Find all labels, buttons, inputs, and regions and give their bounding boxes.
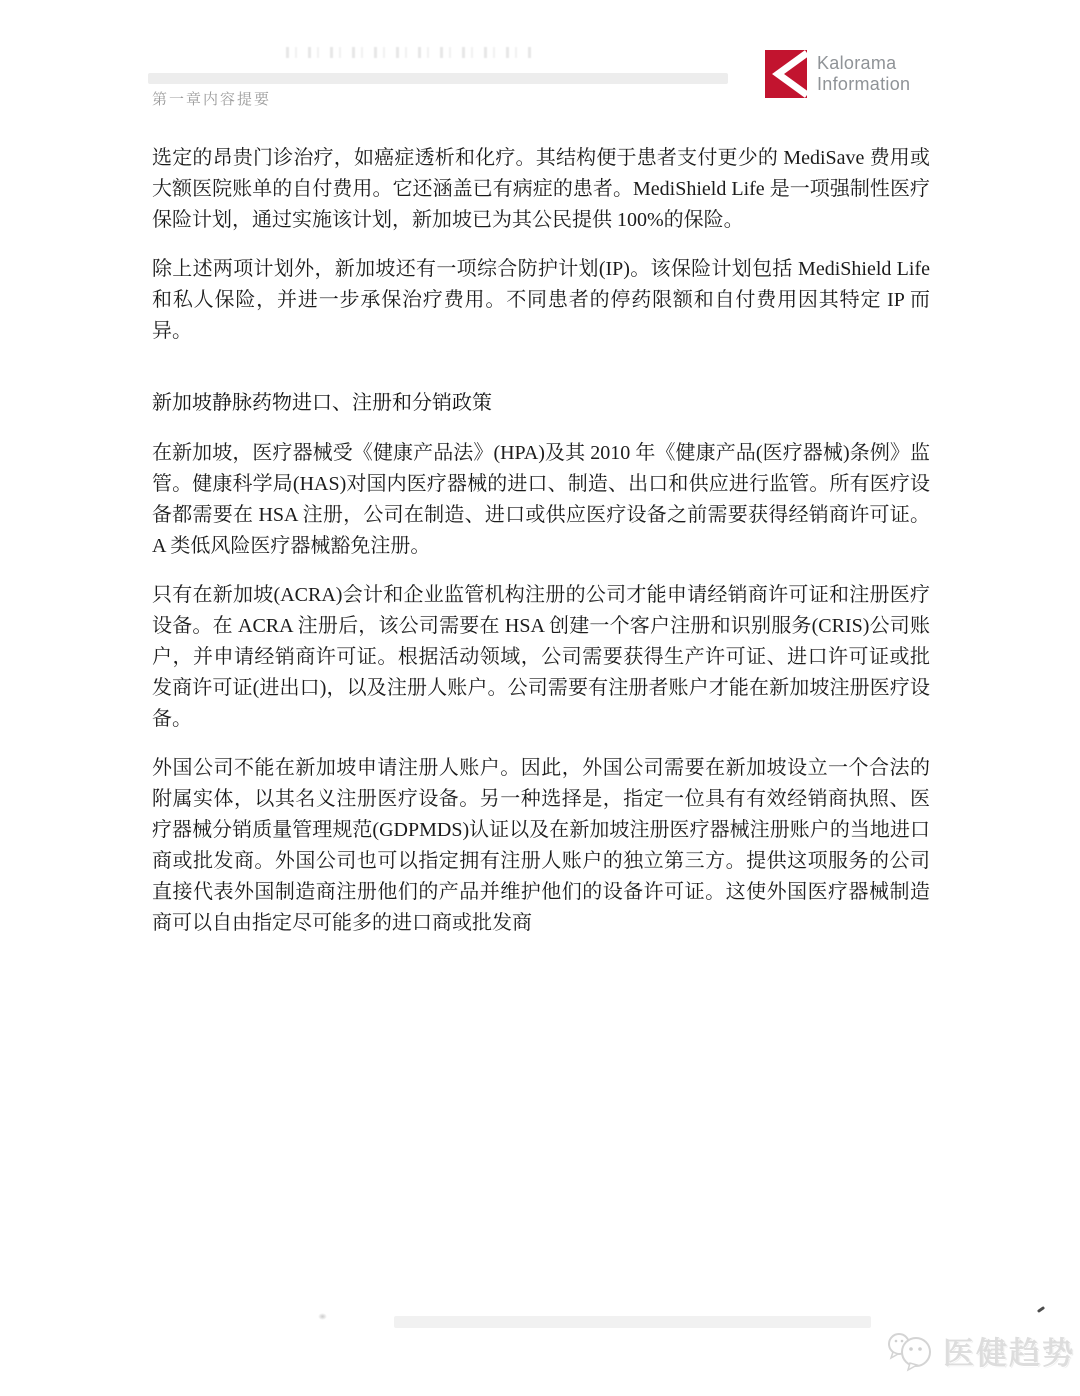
logo-line-2: Information	[817, 74, 910, 95]
kalorama-k-icon	[765, 50, 807, 98]
document-page: 第一章内容提要 Kalorama Information 选定的昂贵门诊治疗，如…	[0, 0, 1080, 1396]
kalorama-logo-text: Kalorama Information	[817, 53, 910, 95]
section-heading-singapore-policy: 新加坡静脉药物进口、注册和分销政策	[152, 388, 930, 419]
logo-line-1: Kalorama	[817, 53, 910, 74]
faded-report-title	[286, 47, 534, 58]
paragraph-integrated-plan: 除上述两项计划外，新加坡还有一项综合防护计划(IP)。该保险计划包括 MediS…	[152, 254, 930, 347]
paragraph-hpa-regulation: 在新加坡，医疗器械受《健康产品法》(HPA)及其 2010 年《健康产品(医疗器…	[152, 438, 930, 562]
footer-rule-bar	[394, 1316, 871, 1328]
kalorama-logo: Kalorama Information	[765, 50, 910, 98]
scan-artifact-tick	[1037, 1306, 1045, 1313]
chapter-heading: 第一章内容提要	[152, 88, 271, 109]
watermark-yijianqushi: 医健趋势	[886, 1328, 1075, 1373]
paragraph-medisave: 选定的昂贵门诊治疗，如癌症透析和化疗。其结构便于患者支付更少的 MediSave…	[152, 143, 930, 236]
paragraph-foreign-companies: 外国公司不能在新加坡申请注册人账户。因此，外国公司需要在新加坡设立一个合法的附属…	[152, 753, 930, 939]
document-body: 选定的昂贵门诊治疗，如癌症透析和化疗。其结构便于患者支付更少的 MediSave…	[152, 143, 930, 939]
paragraph-acra-registration: 只有在新加坡(ACRA)会计和企业监管机构注册的公司才能申请经销商许可证和注册医…	[152, 580, 930, 735]
watermark-text: 医健趋势	[943, 1328, 1075, 1373]
chat-bubbles-icon	[886, 1329, 938, 1373]
scan-artifact-dot	[318, 1313, 327, 1320]
header-rule-bar	[148, 73, 728, 84]
